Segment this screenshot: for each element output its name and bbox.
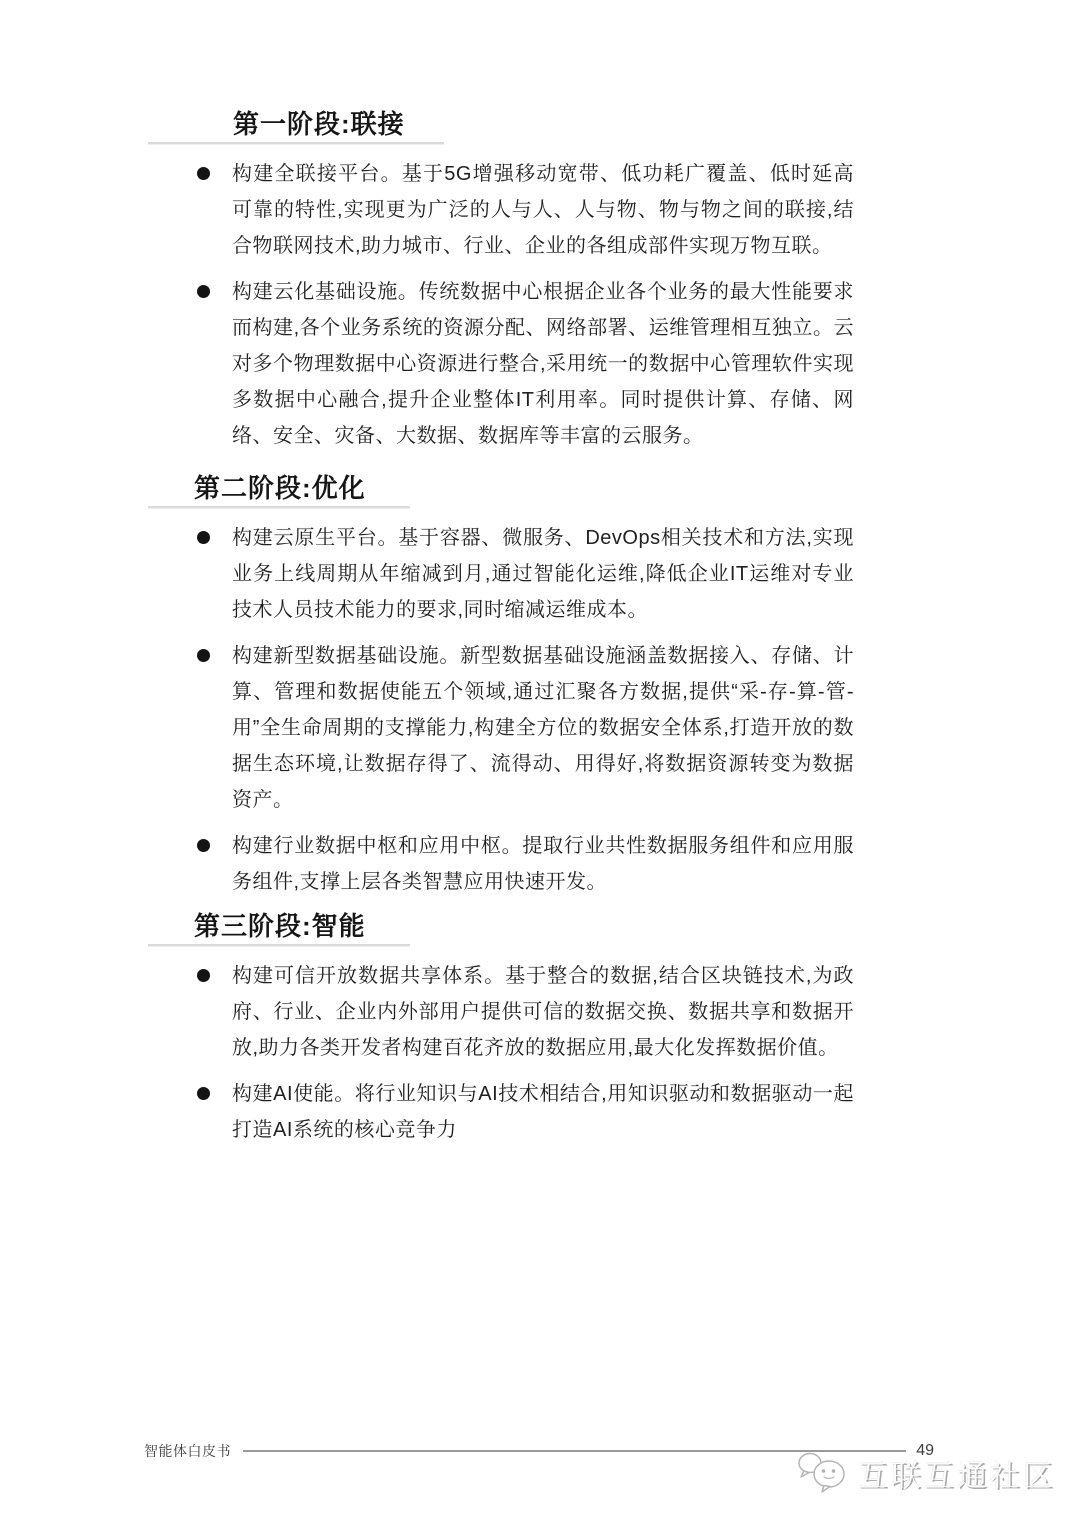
stage-3-heading: 第三阶段:智能 (148, 910, 854, 942)
bullet-text: 构建可信开放数据共享体系。基于整合的数据,结合区块链技术,为政府、行业、企业内外… (232, 965, 854, 1059)
stage-3-heading-underline (148, 944, 410, 946)
list-item: 构建全联接平台。基于5G增强移动宽带、低功耗广覆盖、低时延高可靠的特性,实现更为… (148, 156, 854, 264)
bullet-text: 构建云化基础设施。传统数据中心根据企业各个业务的最大性能要求而构建,各个业务系统… (232, 281, 854, 447)
list-item: 构建AI使能。将行业知识与AI技术相结合,用知识驱动和数据驱动一起打造AI系统的… (148, 1076, 854, 1148)
stage-1-heading: 第一阶段:联接 (148, 108, 854, 140)
stage-2-heading-underline (148, 506, 410, 508)
list-item: 构建行业数据中枢和应用中枢。提取行业共性数据服务组件和应用服务组件,支撑上层各类… (148, 828, 854, 900)
stage-1-heading-underline (148, 142, 444, 144)
bullet-dot-icon (197, 649, 210, 662)
section-stage-3: 第三阶段:智能 构建可信开放数据共享体系。基于整合的数据,结合区块链技术,为政府… (148, 910, 854, 1148)
bullet-dot-icon (197, 285, 210, 298)
bullet-dot-icon (197, 969, 210, 982)
bullet-text: 构建全联接平台。基于5G增强移动宽带、低功耗广覆盖、低时延高可靠的特性,实现更为… (232, 163, 854, 257)
bullet-dot-icon (197, 531, 210, 544)
list-item: 构建新型数据基础设施。新型数据基础设施涵盖数据接入、存储、计算、管理和数据使能五… (148, 638, 854, 818)
list-item: 构建可信开放数据共享体系。基于整合的数据,结合区块链技术,为政府、行业、企业内外… (148, 958, 854, 1066)
stage-1-bullet-list: 构建全联接平台。基于5G增强移动宽带、低功耗广覆盖、低时延高可靠的特性,实现更为… (148, 156, 854, 454)
bullet-text: 构建AI使能。将行业知识与AI技术相结合,用知识驱动和数据驱动一起打造AI系统的… (232, 1083, 854, 1141)
bullet-text: 构建云原生平台。基于容器、微服务、DevOps相关技术和方法,实现业务上线周期从… (232, 527, 854, 621)
bullet-text: 构建行业数据中枢和应用中枢。提取行业共性数据服务组件和应用服务组件,支撑上层各类… (232, 835, 854, 893)
stage-2-bullet-list: 构建云原生平台。基于容器、微服务、DevOps相关技术和方法,实现业务上线周期从… (148, 520, 854, 900)
stage-3-bullet-list: 构建可信开放数据共享体系。基于整合的数据,结合区块链技术,为政府、行业、企业内外… (148, 958, 854, 1148)
bullet-dot-icon (197, 167, 210, 180)
bullet-dot-icon (197, 1087, 210, 1100)
watermark-text: 互联互通社区 (858, 1451, 1056, 1495)
community-watermark: 互联互通社区 (796, 1448, 1056, 1498)
section-stage-1: 第一阶段:联接 构建全联接平台。基于5G增强移动宽带、低功耗广覆盖、低时延高可靠… (148, 108, 854, 454)
chat-bubbles-icon (796, 1448, 850, 1498)
section-stage-2: 第二阶段:优化 构建云原生平台。基于容器、微服务、DevOps相关技术和方法,实… (148, 472, 854, 900)
list-item: 构建云原生平台。基于容器、微服务、DevOps相关技术和方法,实现业务上线周期从… (148, 520, 854, 628)
footer-doc-title: 智能体白皮书 (144, 1441, 231, 1461)
stage-2-heading: 第二阶段:优化 (148, 472, 854, 504)
bullet-dot-icon (197, 839, 210, 852)
bullet-text: 构建新型数据基础设施。新型数据基础设施涵盖数据接入、存储、计算、管理和数据使能五… (232, 645, 854, 811)
list-item: 构建云化基础设施。传统数据中心根据企业各个业务的最大性能要求而构建,各个业务系统… (148, 274, 854, 454)
document-page-content: 第一阶段:联接 构建全联接平台。基于5G增强移动宽带、低功耗广覆盖、低时延高可靠… (148, 108, 854, 1158)
